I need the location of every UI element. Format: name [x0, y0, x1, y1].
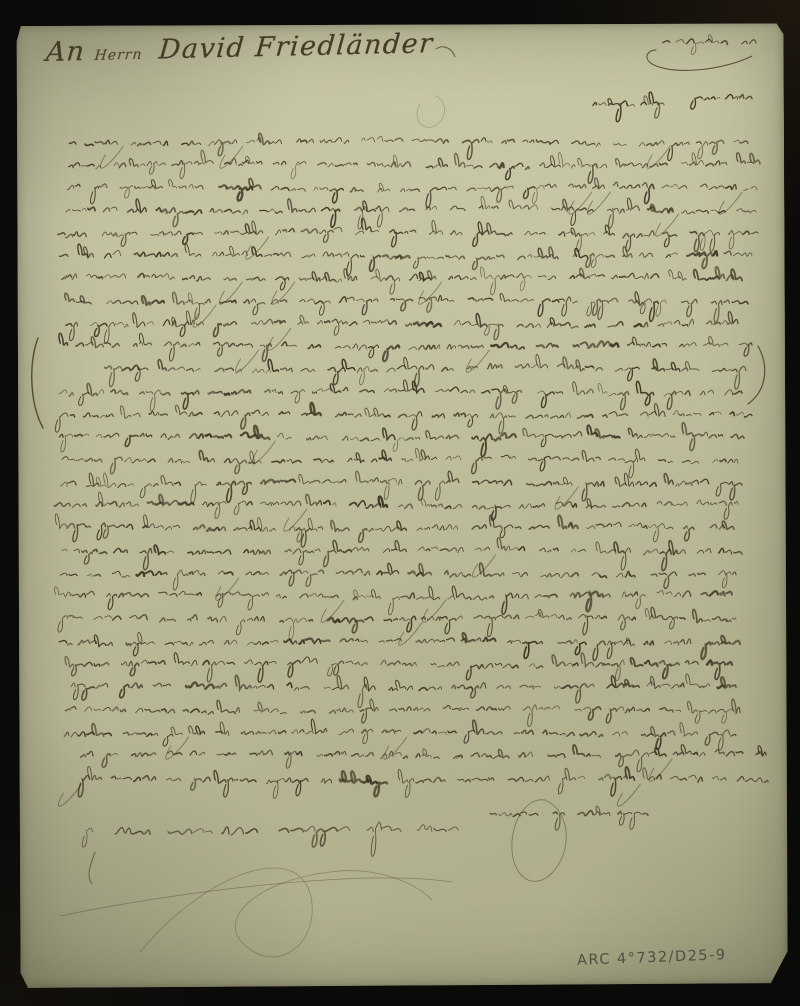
letter-paper — [15, 22, 788, 988]
address-herrn: Herrn — [94, 47, 143, 64]
recipient-name: David Friedländer — [158, 28, 435, 65]
address-an: An — [45, 36, 86, 68]
